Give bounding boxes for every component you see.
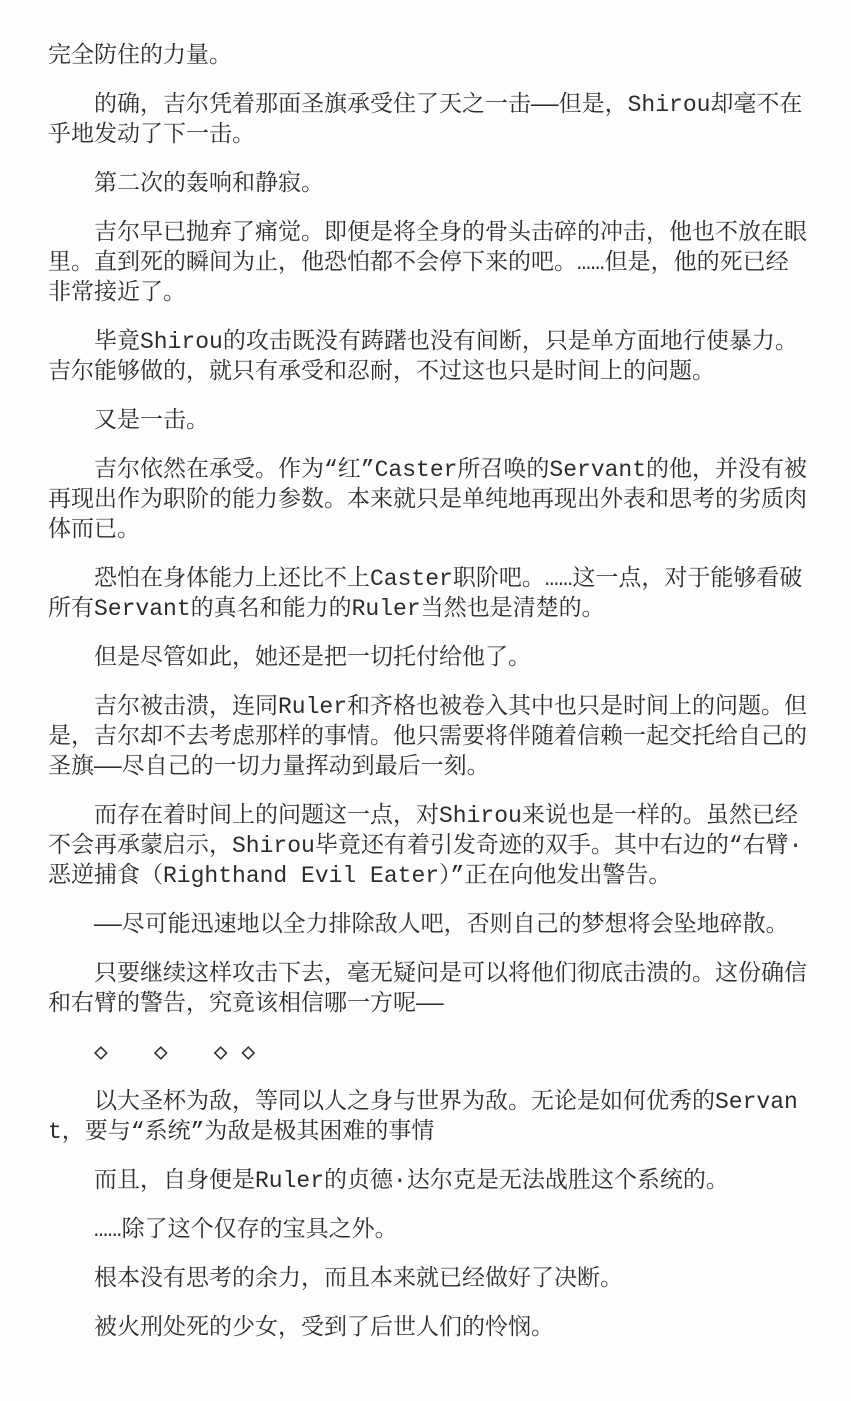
novel-paragraph: 但是尽管如此，她还是把一切托付给他了。 [48,643,811,673]
novel-paragraph: 只要继续这样攻击下去，毫无疑问是可以将他们彻底击溃的。这份确信和右臂的警告，究竟… [48,959,811,1019]
novel-paragraph: 被火刑处死的少女，受到了后世人们的怜悯。 [48,1313,811,1343]
novel-paragraph: 第二次的轰响和静寂。 [48,169,811,199]
novel-paragraph: 而且，自身便是Ruler的贞德·达尔克是无法战胜这个系统的。 [48,1166,811,1196]
novel-paragraph: 根本没有思考的余力，而且本来就已经做好了决断。 [48,1264,811,1294]
novel-paragraph: 以大圣杯为敌，等同以人之身与世界为敌。无论是如何优秀的Servant，要与“系统… [48,1087,811,1147]
novel-paragraph: 又是一击。 [48,406,811,436]
novel-paragraph: 的确，吉尔凭着那面圣旗承受住了天之一击——但是，Shirou却毫不在乎地发动了下… [48,90,811,150]
novel-page: 完全防住的力量。的确，吉尔凭着那面圣旗承受住了天之一击——但是，Shirou却毫… [0,0,851,1401]
novel-paragraph: 完全防住的力量。 [48,41,811,71]
section-divider: ◇ ◇ ◇ ◇ [48,1038,811,1068]
novel-paragraph: ——尽可能迅速地以全力排除敌人吧，否则自己的梦想将会坠地碎散。 [48,910,811,940]
novel-paragraph: 毕竟Shirou的攻击既没有踌躇也没有间断，只是单方面地行使暴力。吉尔能够做的，… [48,327,811,387]
novel-paragraph: 吉尔早已抛弃了痛觉。即便是将全身的骨头击碎的冲击，他也不放在眼里。直到死的瞬间为… [48,218,811,308]
novel-paragraph: 而存在着时间上的问题这一点，对Shirou来说也是一样的。虽然已经不会再承蒙启示… [48,801,811,891]
novel-paragraph: 恐怕在身体能力上还比不上Caster职阶吧。……这一点，对于能够看破所有Serv… [48,564,811,624]
text-content: 完全防住的力量。的确，吉尔凭着那面圣旗承受住了天之一击——但是，Shirou却毫… [48,41,811,1343]
novel-paragraph: 吉尔依然在承受。作为“红”Caster所召唤的Servant的他，并没有被再现出… [48,455,811,545]
novel-paragraph: ……除了这个仅存的宝具之外。 [48,1215,811,1245]
novel-paragraph: 吉尔被击溃，连同Ruler和齐格也被卷入其中也只是时间上的问题。但是，吉尔却不去… [48,692,811,782]
